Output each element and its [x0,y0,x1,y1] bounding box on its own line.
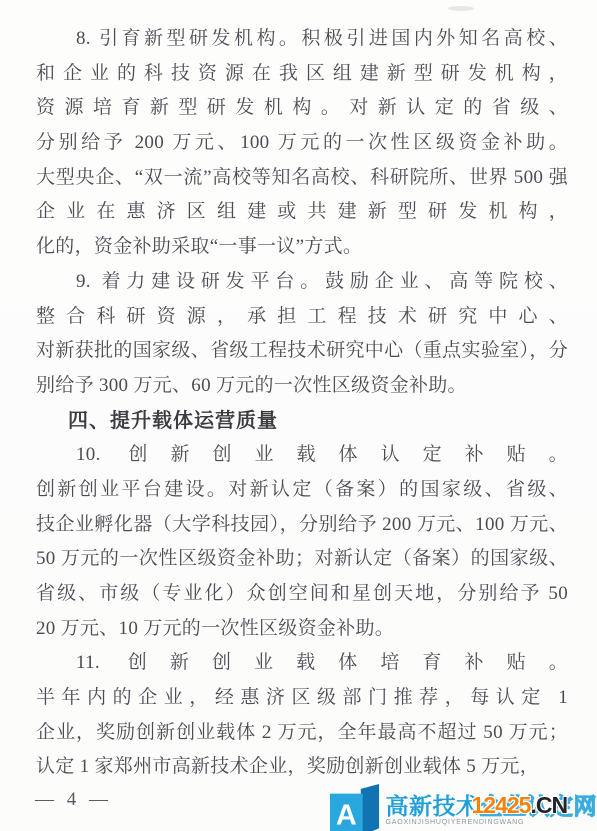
scan-artifact [448,6,474,11]
text-line: 企业在惠济区组建或共建新型研发机构，推进科技创新和成果转 [36,195,568,230]
paragraph-9: 9. 着力建设研发平台。鼓励企业、高等院校、科研院所积极 整合科研资源，承担工程… [36,265,568,404]
text-line: 省级、市级（专业化）众创空间和星创天地，分别给予 50 万元、 [36,577,568,612]
text-line: 认定 1 家郑州市高新技术企业，奖励创新创业载体 5 万元，全年 [36,750,568,785]
brand-url-tld: .CN [530,792,567,818]
paragraph-11: 11. 创新创业载体培育补贴。创新创业载体在孵企业或毕业 半年内的企业，经惠济区… [36,646,568,785]
paragraph-8: 8. 引育新型研发机构。积极引进国内外知名高校、科研院所 和企业的科技资源在我区… [36,22,568,265]
paragraph-10: 10. 创新创业载体认定补贴。鼓励加强符合产业发展方向的 创新创业平台建设。对新… [36,438,568,646]
brand-url-overlay: 12425.CN [472,792,568,818]
document-page: 8. 引育新型研发机构。积极引进国内外知名高校、科研院所 和企业的科技资源在我区… [0,0,597,831]
text-line: 11. 创新创业载体培育补贴。创新创业载体在孵企业或毕业 [36,646,568,681]
text-line: 整合科研资源，承担工程技术研究中心、重点实验室建设任务。 [36,300,568,335]
brand-name-solid: 高新技术 [386,793,480,819]
brand-subtext: GAOXINJISHUQIYERENDINGWANG [386,819,597,826]
logo-text-block: 高新技术企业认定网 12425.CN GAOXINJISHUQIYERENDIN… [386,784,597,826]
text-line: 50 万元的一次性区级资金补助；对新认定（备案）的国家级、 [36,542,568,577]
text-line: 技企业孵化器（大学科技园），分别给予 200 万元、100 万元、 [36,508,568,543]
section-heading: 四、提升载体运营质量 [36,404,568,439]
text-line: 对新获批的国家级、省级工程技术研究中心（重点实验室），分 [36,334,568,369]
text-line: 别给予 300 万元、60 万元的一次性区级资金补助。 [36,369,568,404]
text-line: 企业，奖励创新创业载体 2 万元，全年最高不超过 50 万元；每 [36,716,568,751]
logo-a-icon: A [329,784,381,831]
site-logo-watermark: A 高新技术企业认定网 12425.CN GAOXINJISHUQIYEREND… [329,784,597,831]
text-line: 分别给予 200 万元、100 万元的一次性区级资金补助。对中科院、 [36,126,568,161]
svg-text:A: A [335,799,356,831]
body-text: 8. 引育新型研发机构。积极引进国内外知名高校、科研院所 和企业的科技资源在我区… [36,22,568,785]
text-line: 10. 创新创业载体认定补贴。鼓励加强符合产业发展方向的 [36,438,568,473]
text-line: 20 万元、10 万元的一次性区级资金补助。 [36,612,568,647]
text-line: 创新创业平台建设。对新认定（备案）的国家级、省级、市级科 [36,473,568,508]
text-line: 资源培育新型研发机构。对新认定的省级、市级新型研发机构， [36,91,568,126]
text-line: 8. 引育新型研发机构。积极引进国内外知名高校、科研院所 [36,22,568,57]
text-line: 大型央企、“双一流”高校等知名高校、科研院所、世界 500 强 [36,161,568,196]
text-line: 9. 着力建设研发平台。鼓励企业、高等院校、科研院所积极 [36,265,568,300]
text-line: 半年内的企业，经惠济区级部门推荐，每认定 1 家郑州市科技型 [36,681,568,716]
text-line: 和企业的科技资源在我区组建新型研发机构，充分利用本土科技 [36,57,568,92]
brand-url-number: 12425 [472,792,531,818]
text-line: 化的，资金补助采取“一事一议”方式。 [36,230,568,265]
page-number: — 4 — [35,789,112,811]
